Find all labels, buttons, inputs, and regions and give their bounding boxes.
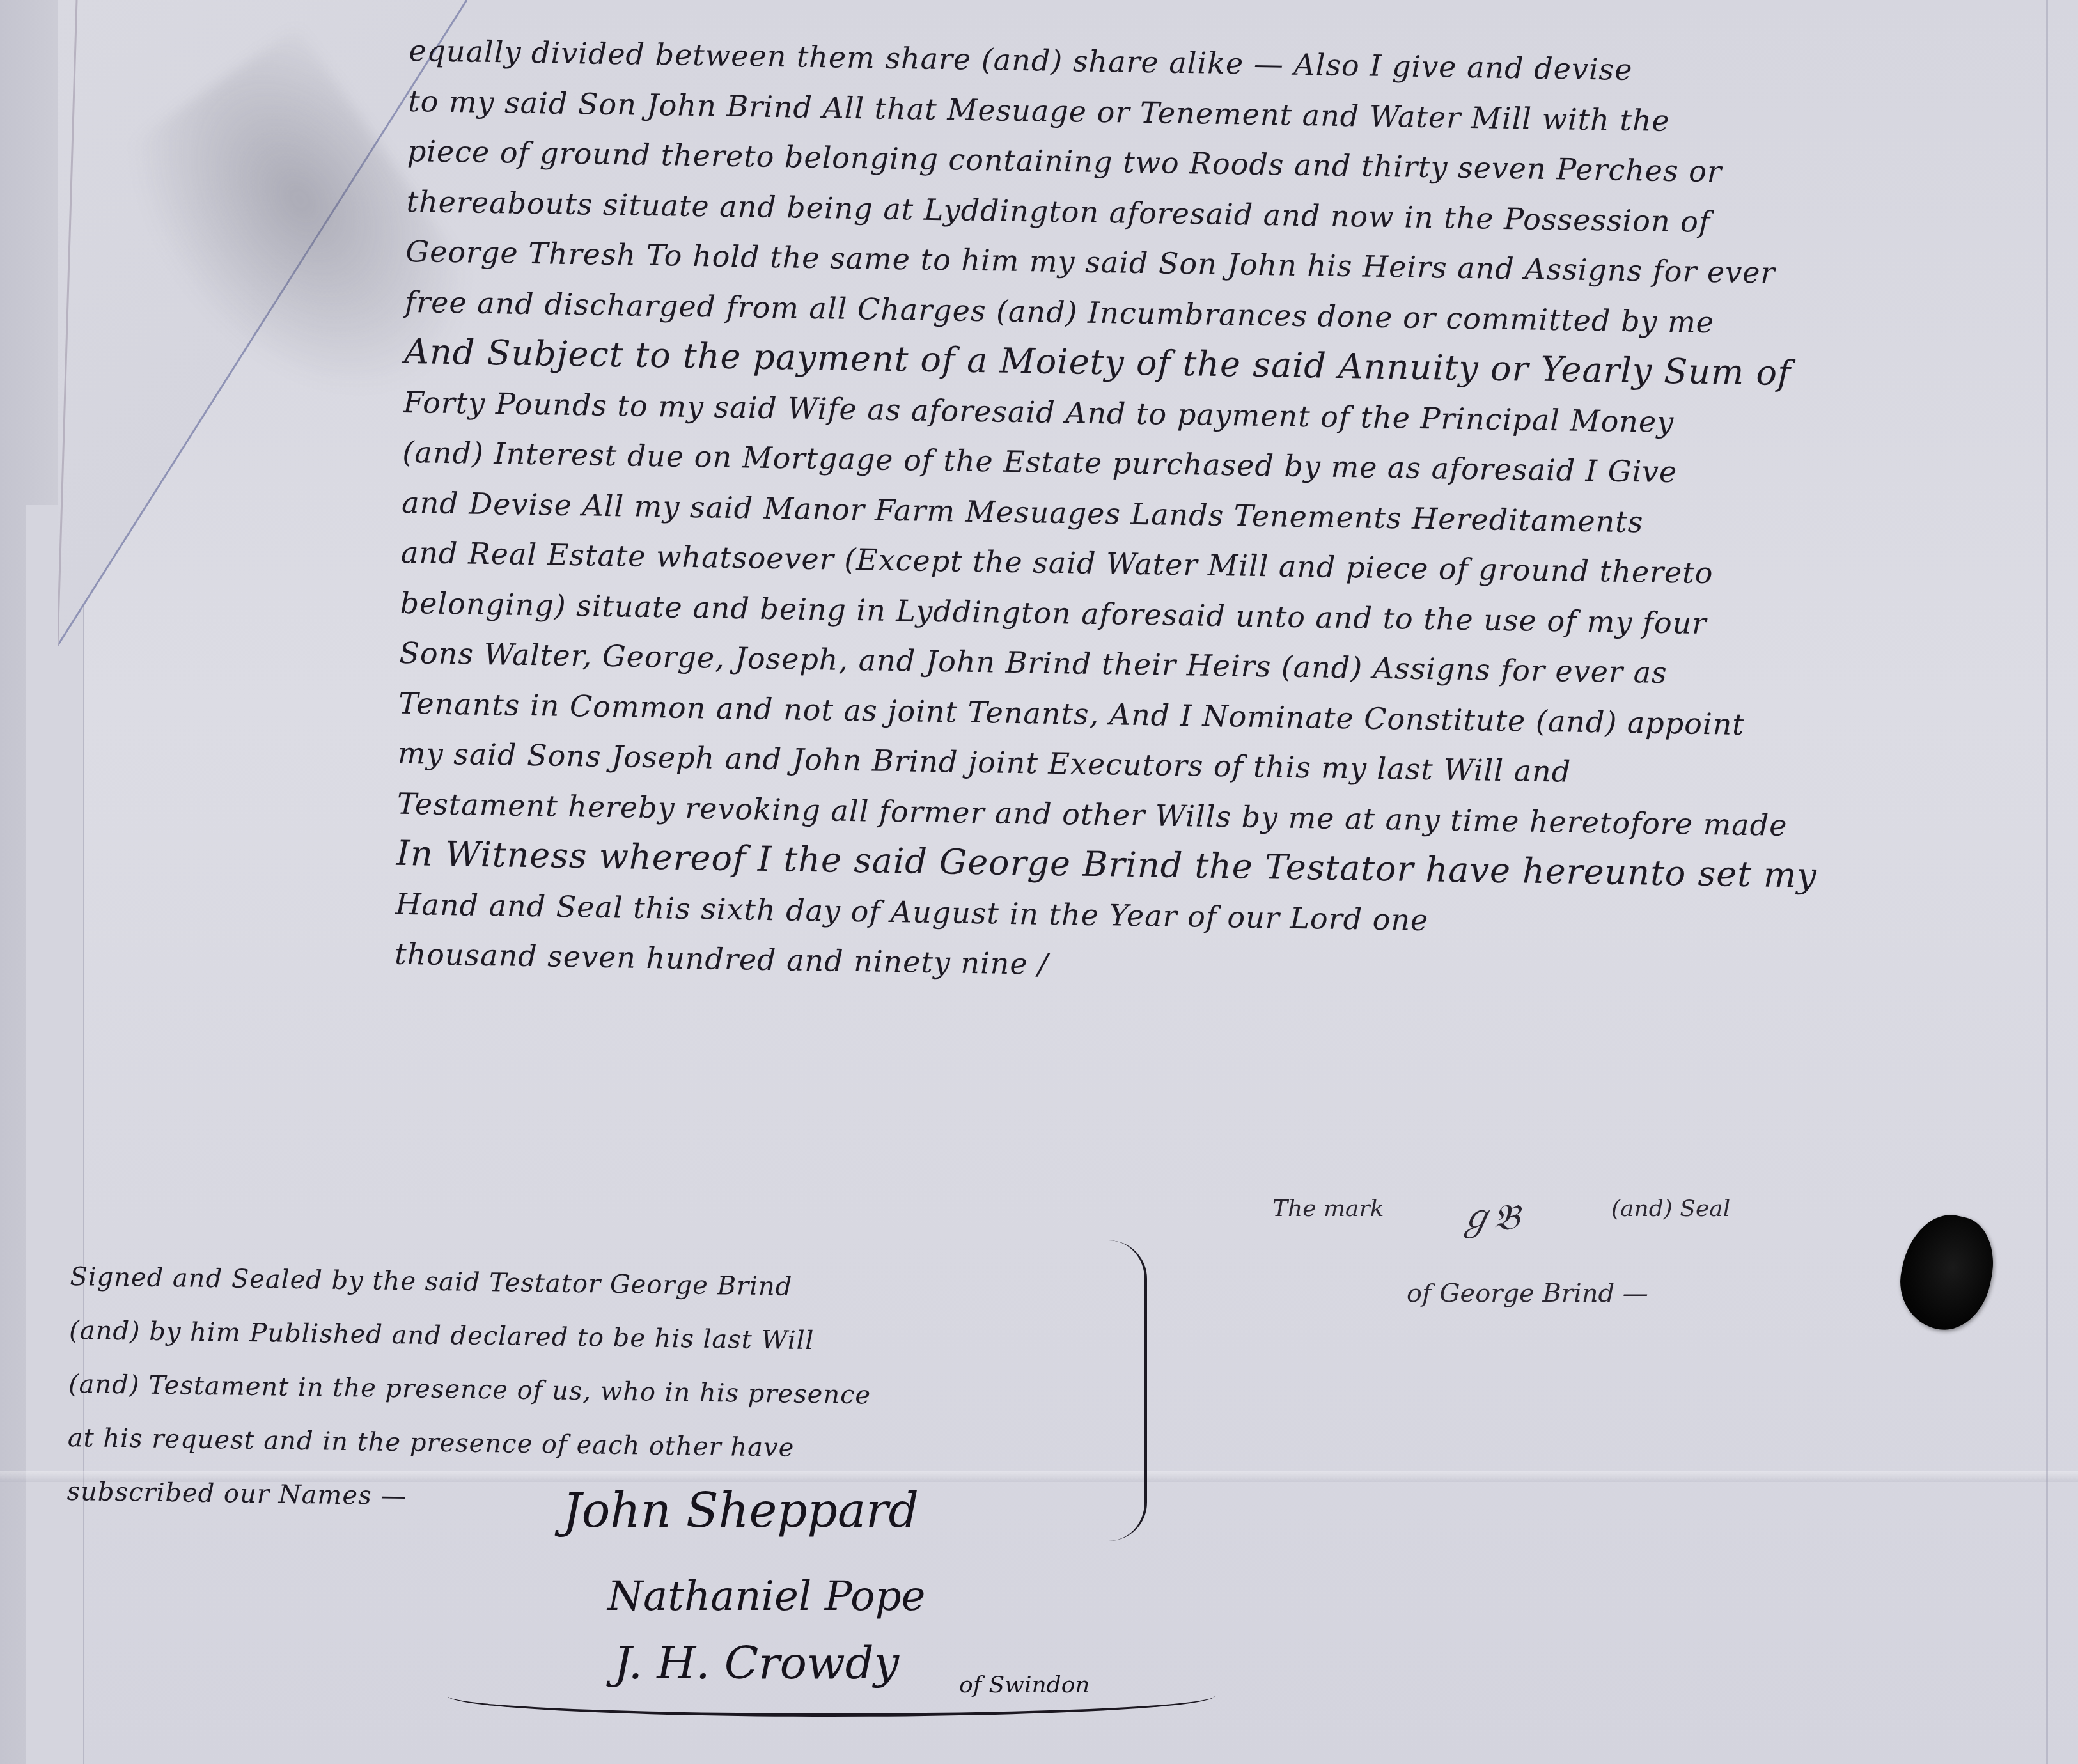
paper-crease-vertical bbox=[2046, 0, 2048, 1764]
testator-name: of George Brind — bbox=[1407, 1279, 1648, 1308]
will-body-text: equally divided between them share (and)… bbox=[395, 26, 2046, 1005]
testator-seal-label: (and) Seal bbox=[1611, 1196, 1730, 1222]
witness-signature-2: Nathaniel Pope bbox=[607, 1573, 925, 1620]
testator-mark-label: The mark bbox=[1272, 1196, 1384, 1222]
paper-flap-left bbox=[26, 505, 84, 1764]
signature-flourish bbox=[448, 1675, 1215, 1717]
attestation-brace bbox=[1100, 1240, 1147, 1541]
witness-signature-1: John Sheppard bbox=[563, 1483, 919, 1538]
testator-mark-icon: ℊ𝔅 bbox=[1458, 1189, 1519, 1240]
